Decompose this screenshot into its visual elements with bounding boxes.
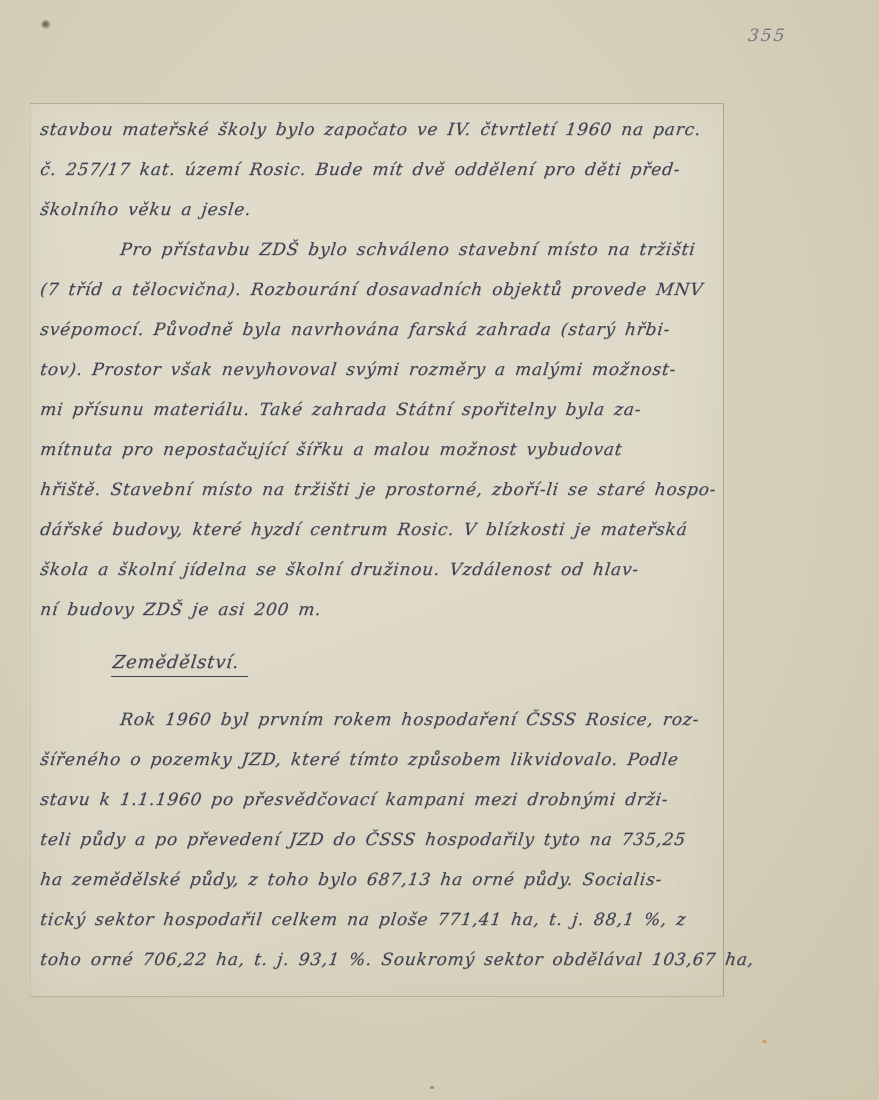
manuscript-text: stavbou mateřské školy bylo započato ve …	[39, 120, 723, 990]
pasted-manuscript-sheet: stavbou mateřské školy bylo započato ve …	[30, 103, 724, 997]
paragraph-1: stavbou mateřské školy bylo započato ve …	[39, 120, 723, 240]
scrapbook-page: 355 stavbou mateřské školy bylo započato…	[0, 0, 879, 1100]
section-heading: Zemědělství.	[111, 652, 251, 677]
paper-blemish	[41, 20, 51, 29]
handwritten-line: č. 257/17 kat. území Rosic. Bude mít dvě…	[39, 160, 682, 180]
handwritten-line: šířeného o pozemky JZD, které tímto způs…	[39, 750, 680, 770]
handwritten-line: tický sektor hospodařil celkem na ploše …	[39, 910, 687, 930]
handwritten-line: stavu k 1.1.1960 po přesvědčovací kampan…	[39, 790, 670, 810]
paragraph-3: Rok 1960 byl prvním rokem hospodaření ČS…	[39, 710, 723, 990]
handwritten-line: ha zemědělské půdy, z toho bylo 687,13 h…	[39, 870, 663, 890]
handwritten-line: tov). Prostor však nevyhovoval svými roz…	[39, 360, 677, 380]
handwritten-line: Pro přístavbu ZDŠ bylo schváleno stavebn…	[119, 240, 697, 260]
handwritten-line: školního věku a jesle.	[39, 200, 253, 220]
page-number: 355	[747, 26, 788, 46]
handwritten-line: dářské budovy, které hyzdí centrum Rosic…	[39, 520, 689, 540]
handwritten-line: Rok 1960 byl prvním rokem hospodaření ČS…	[119, 710, 700, 730]
handwritten-line: teli půdy a po převedení JZD do ČSSS hos…	[39, 830, 687, 850]
handwritten-line: stavbou mateřské školy bylo započato ve …	[39, 120, 702, 140]
scan-speck	[430, 1086, 434, 1089]
handwritten-line: toho orné 706,22 ha, t. j. 93,1 %. Soukr…	[39, 950, 755, 970]
handwritten-line: svépomocí. Původně byla navrhována farsk…	[39, 320, 671, 340]
handwritten-line: mi přísunu materiálu. Také zahrada Státn…	[39, 400, 643, 420]
handwritten-line: hřiště. Stavební místo na tržišti je pro…	[39, 480, 718, 500]
handwritten-line: (7 tříd a tělocvična). Rozbourání dosava…	[39, 280, 704, 300]
scan-speck	[762, 1040, 767, 1043]
handwritten-line: škola a školní jídelna se školní družino…	[39, 560, 640, 580]
handwritten-line: ní budovy ZDŠ je asi 200 m.	[39, 600, 323, 620]
paragraph-2: Pro přístavbu ZDŠ bylo schváleno stavebn…	[39, 240, 723, 640]
section-heading-row: Zemědělství.	[39, 652, 723, 692]
handwritten-line: mítnuta pro nepostačující šířku a malou …	[39, 440, 624, 460]
